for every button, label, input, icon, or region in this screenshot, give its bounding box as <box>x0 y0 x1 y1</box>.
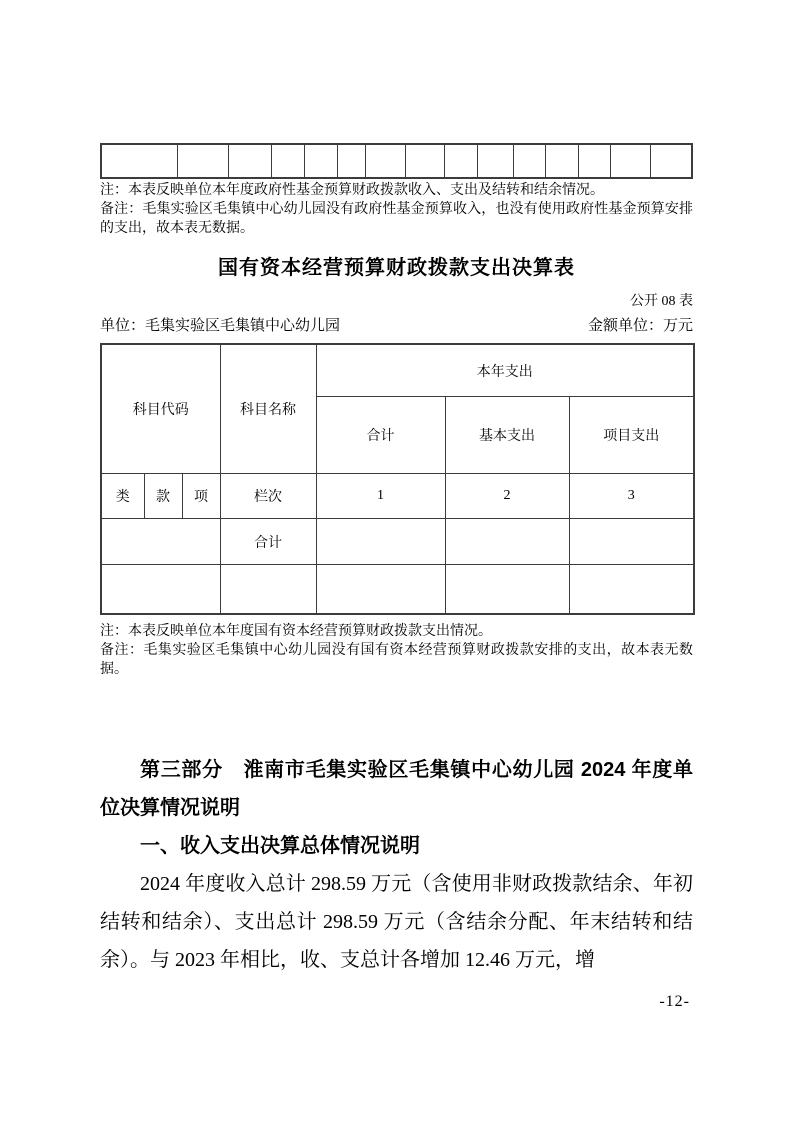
table-cell-empty <box>478 144 513 178</box>
table-cell-empty <box>337 144 365 178</box>
header-project-expenditure: 项目支出 <box>569 397 694 474</box>
table-cell-empty <box>406 144 445 178</box>
table-row <box>101 565 694 615</box>
capital-table-notes: 注：本表反映单位本年度国有资本经营预算财政拨款支出情况。 备注：毛集实验区毛集镇… <box>100 622 693 679</box>
subheader-lei: 类 <box>101 474 144 519</box>
table-meta-row: 单位：毛集实验区毛集镇中心幼儿园 金额单位：万元 <box>100 317 693 336</box>
header-basic-expenditure: 基本支出 <box>445 397 569 474</box>
cell-code <box>101 519 220 565</box>
section-heading: 第三部分 淮南市毛集实验区毛集镇中心幼儿园 2024 年度单位决算情况说明 <box>100 751 693 827</box>
section-subheading: 一、收入支出决算总体情况说明 <box>100 827 693 865</box>
cell-total <box>316 565 445 615</box>
table-cell-empty <box>610 144 650 178</box>
subheader-col2: 2 <box>445 474 569 519</box>
table-cell-empty <box>229 144 272 178</box>
table-cell-empty <box>304 144 337 178</box>
header-current-year-expenditure: 本年支出 <box>316 344 694 397</box>
page-number: -12- <box>659 993 690 1011</box>
capital-table-note: 注：本表反映单位本年度国有资本经营预算财政拨款支出情况。 <box>100 622 693 641</box>
cell-basic <box>445 565 569 615</box>
gov-fund-empty-table <box>100 143 693 179</box>
table-cell-empty <box>101 144 177 178</box>
cell-code <box>101 565 220 615</box>
table-cell-empty <box>651 144 692 178</box>
gov-fund-notes: 注：本表反映单位本年度政府性基金预算财政拨款收入、支出及结转和结余情况。 备注：… <box>100 181 693 238</box>
cell-name <box>220 565 316 615</box>
capital-table-remark: 备注：毛集实验区毛集镇中心幼儿园没有国有资本经营预算财政拨款安排的支出，故本表无… <box>100 641 693 679</box>
section-paragraph: 2024 年度收入总计 298.59 万元（含使用非财政拨款结余、年初结转和结余… <box>100 865 693 979</box>
capital-table: 科目代码 科目名称 本年支出 合计 基本支出 项目支出 类 款 项 栏次 1 2… <box>100 343 695 615</box>
table-cell-empty <box>365 144 405 178</box>
public-table-label: 公开 08 表 <box>100 293 693 311</box>
gov-fund-remark: 备注：毛集实验区毛集镇中心幼儿园没有政府性基金预算收入，也没有使用政府性基金预算… <box>100 200 693 238</box>
gov-fund-note: 注：本表反映单位本年度政府性基金预算财政拨款收入、支出及结转和结余情况。 <box>100 181 693 200</box>
subheader-lanci: 栏次 <box>220 474 316 519</box>
table-cell-empty <box>445 144 478 178</box>
table-cell-empty <box>272 144 304 178</box>
subheader-col3: 3 <box>569 474 694 519</box>
header-subject-name: 科目名称 <box>220 344 316 474</box>
subheader-xiang: 项 <box>182 474 220 519</box>
cell-total <box>316 519 445 565</box>
header-subject-code: 科目代码 <box>101 344 220 474</box>
capital-table-title: 国有资本经营预算财政拨款支出决算表 <box>100 251 693 280</box>
subheader-col1: 1 <box>316 474 445 519</box>
table-cell-empty <box>513 144 545 178</box>
table-cell-empty <box>545 144 578 178</box>
table-row: 合计 <box>101 519 694 565</box>
table-cell-empty <box>578 144 610 178</box>
amount-unit-label: 金额单位：万元 <box>588 317 693 336</box>
table-cell-empty <box>177 144 228 178</box>
table-header-row: 科目代码 科目名称 本年支出 <box>101 344 694 397</box>
unit-label: 单位：毛集实验区毛集镇中心幼儿园 <box>100 317 340 336</box>
subheader-kuan: 款 <box>144 474 182 519</box>
document-page: 注：本表反映单位本年度政府性基金预算财政拨款收入、支出及结转和结余情况。 备注：… <box>0 0 793 1122</box>
cell-project <box>569 519 694 565</box>
table-row <box>101 144 692 178</box>
page-content: 注：本表反映单位本年度政府性基金预算财政拨款收入、支出及结转和结余情况。 备注：… <box>100 143 693 979</box>
table-subheader-row: 类 款 项 栏次 1 2 3 <box>101 474 694 519</box>
cell-name-total: 合计 <box>220 519 316 565</box>
cell-project <box>569 565 694 615</box>
cell-basic <box>445 519 569 565</box>
part-three-section: 第三部分 淮南市毛集实验区毛集镇中心幼儿园 2024 年度单位决算情况说明 一、… <box>100 751 693 979</box>
header-total: 合计 <box>316 397 445 474</box>
